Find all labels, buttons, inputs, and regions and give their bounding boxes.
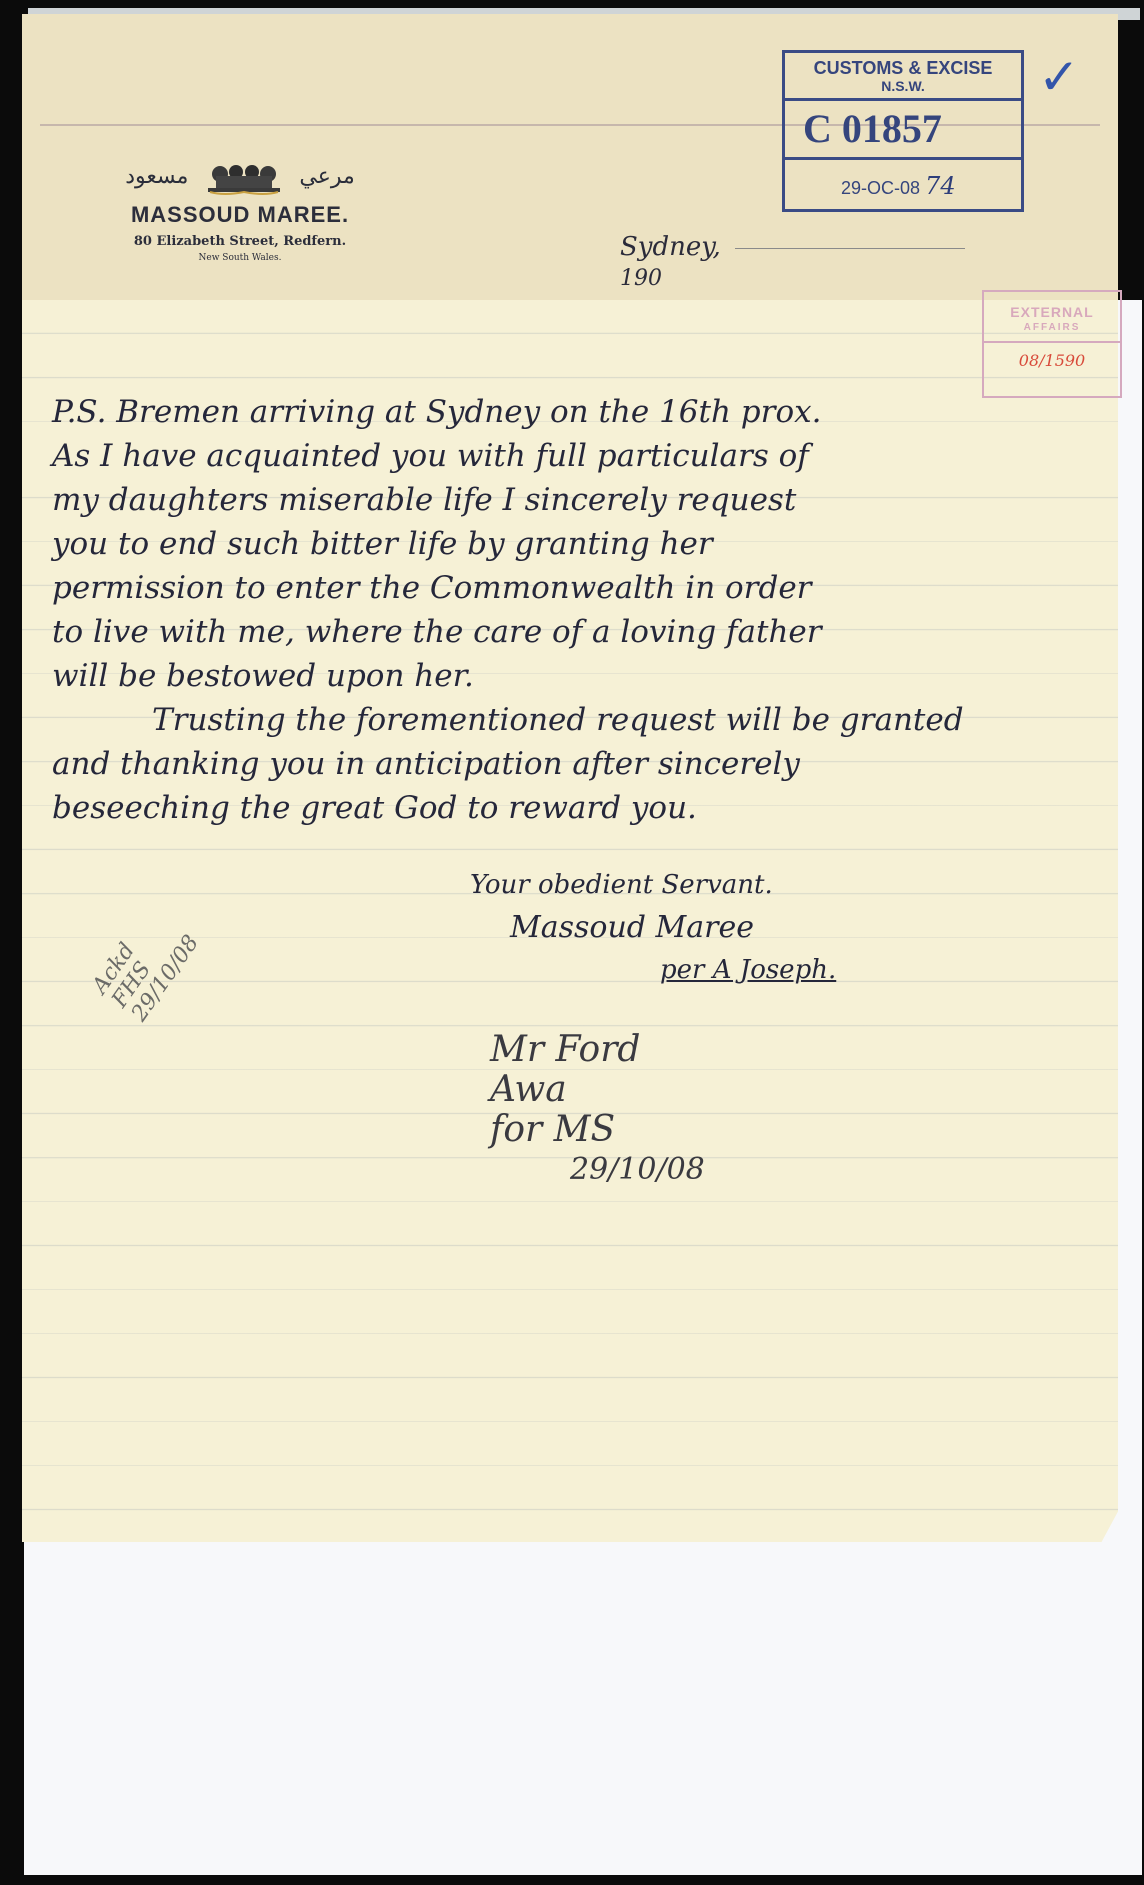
- customs-stamp-date: 29-OC-08: [841, 178, 920, 198]
- body-line: will be bestowed upon her.: [52, 654, 1112, 698]
- ford-line3: for MS: [490, 1110, 790, 1150]
- customs-stamp-number: C 01857: [785, 101, 1021, 160]
- signature-per: per A Joseph.: [470, 955, 1070, 985]
- body-line: my daughters miserable life I sincerely …: [52, 478, 1112, 522]
- body-line: beseeching the great God to reward you.: [52, 786, 1112, 830]
- year-prefix: 190: [620, 266, 662, 291]
- body-line: and thanking you in anticipation after s…: [52, 742, 1112, 786]
- external-affairs-stamp: EXTERNAL AFFAIRS 08/1590: [982, 290, 1122, 398]
- referral-annotation: Mr Ford Awa for MS 29/10/08: [490, 1030, 790, 1190]
- place: Sydney,: [620, 232, 721, 262]
- letterhead-name: MASSOUD MAREE.: [110, 202, 370, 228]
- date-blank: [735, 248, 965, 249]
- letterhead-arabic: مرعي مسعود: [110, 160, 370, 196]
- letterhead-region: New South Wales.: [110, 253, 370, 263]
- external-affairs-line1: EXTERNAL: [984, 304, 1120, 320]
- letterhead: مرعي مسعود MASSOUD MAREE. 80 Elizabeth S…: [110, 160, 370, 263]
- body-line: permission to enter the Commonwealth in …: [52, 566, 1112, 610]
- customs-stamp: CUSTOMS & EXCISE N.S.W. C 01857 29-OC-08…: [782, 50, 1024, 212]
- arabic-forename: مسعود: [125, 163, 188, 188]
- customs-stamp-title: CUSTOMS & EXCISE: [785, 59, 1021, 77]
- ford-date: 29/10/08: [490, 1150, 790, 1190]
- external-affairs-number: 08/1590: [984, 351, 1120, 370]
- body-line: As I have acquainted you with full parti…: [52, 434, 1112, 478]
- ford-line1: Mr Ford: [490, 1030, 790, 1070]
- arabic-surname: مرعي: [299, 163, 354, 188]
- body-line: P.S. Bremen arriving at Sydney on the 16…: [52, 390, 1112, 434]
- body-line: Trusting the forementioned request will …: [52, 698, 1112, 742]
- letter-body: P.S. Bremen arriving at Sydney on the 16…: [52, 390, 1112, 830]
- closing-block: Your obedient Servant. Massoud Maree per…: [470, 870, 1070, 995]
- checkmark-icon: ✓: [1038, 48, 1068, 118]
- place-date-line: Sydney, 190: [620, 232, 1020, 292]
- body-line: you to end such bitter life by granting …: [52, 522, 1112, 566]
- customs-stamp-subtitle: N.S.W.: [785, 77, 1021, 95]
- ford-line2: Awa: [490, 1070, 790, 1110]
- customs-stamp-handwritten: 74: [925, 172, 956, 200]
- valediction: Your obedient Servant.: [470, 870, 1070, 900]
- letterhead-address: 80 Elizabeth Street, Redfern.: [110, 234, 370, 249]
- signature: Massoud Maree: [470, 910, 1070, 945]
- coat-of-arms-icon: [204, 160, 284, 196]
- body-line: to live with me, where the care of a lov…: [52, 610, 1112, 654]
- external-affairs-line2: AFFAIRS: [984, 322, 1120, 343]
